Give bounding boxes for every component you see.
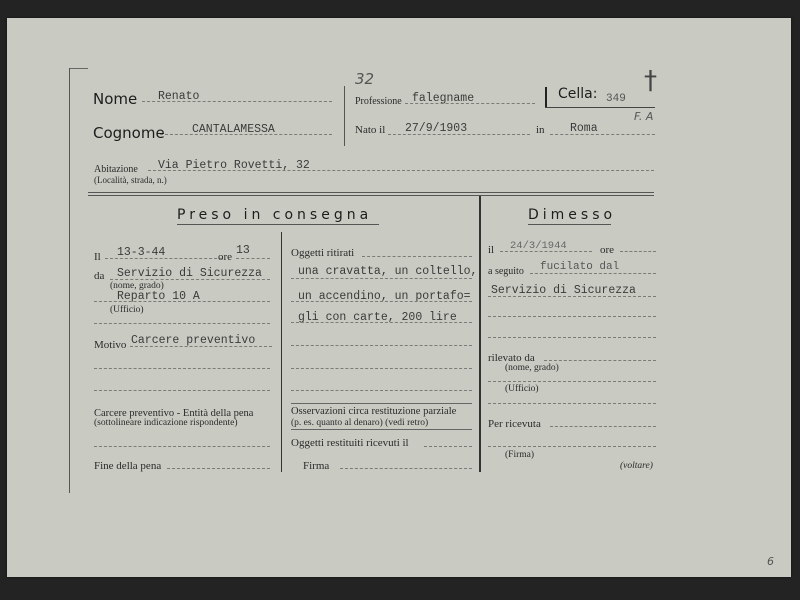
preso-il-label: Il xyxy=(94,251,101,263)
ufficio-line xyxy=(488,403,656,404)
abitazione-label: Abitazione xyxy=(94,164,138,175)
abitazione-sub: (Località, strada, n.) xyxy=(94,175,167,185)
dimesso-ore-line xyxy=(620,251,656,252)
oggetti-firma-line xyxy=(340,468,472,469)
double-rule-bottom xyxy=(88,195,654,196)
oggetti-blank-line-1 xyxy=(291,345,472,346)
nato-label: Nato il xyxy=(355,124,385,136)
dimesso-il-line xyxy=(500,251,592,252)
rilevato-line xyxy=(544,360,656,361)
dimesso-nome-grado-label: (nome, grado) xyxy=(505,363,559,373)
fine-pena-line xyxy=(167,468,270,469)
top-tick xyxy=(70,68,88,69)
page-number: 6 xyxy=(767,555,774,568)
right-divider xyxy=(479,196,481,472)
left-border xyxy=(69,68,70,493)
nome-label: Nome xyxy=(93,90,137,108)
in-label: in xyxy=(536,124,545,136)
motivo-label: Motivo xyxy=(94,339,126,351)
dimesso-firma-label: (Firma) xyxy=(505,450,534,460)
seguito-line-2 xyxy=(488,296,656,297)
rilevato-line-2 xyxy=(488,381,656,382)
motivo-line xyxy=(130,346,272,347)
carcere-line xyxy=(94,446,270,447)
cella-label: Cella: xyxy=(558,86,597,102)
dimesso-blank-line-2 xyxy=(488,337,656,338)
osservazioni-sub: (p. es. quanto al denaro) (vedi retro) xyxy=(291,418,428,428)
osservazioni-bottom-rule xyxy=(291,429,472,430)
oggetti-firma-label: Firma xyxy=(303,460,329,472)
professione-line xyxy=(405,103,535,104)
oggetti-blank-line-2 xyxy=(291,368,472,369)
oggetti-line-1: una cravatta, un coltello, xyxy=(298,265,477,278)
dimesso-blank-line-1 xyxy=(488,316,656,317)
cella-underline xyxy=(545,107,655,108)
nato-line xyxy=(388,134,530,135)
dimesso-ufficio-label: (Ufficio) xyxy=(505,384,539,394)
motivo-blank-line-1 xyxy=(94,368,270,369)
voltare-label: (voltare) xyxy=(620,461,653,471)
cella-value: 349 xyxy=(606,93,626,105)
da-label: da xyxy=(94,270,104,282)
cognome-label: Cognome xyxy=(93,124,165,142)
header-divider xyxy=(344,86,345,146)
nome-line xyxy=(142,101,332,102)
dimesso-title-underline xyxy=(528,224,611,225)
preso-ufficio-label: (Ufficio) xyxy=(110,305,144,315)
abitazione-line xyxy=(148,170,654,171)
reparto-line xyxy=(94,301,270,302)
preso-ore-label: ore xyxy=(218,251,232,263)
preso-ore-line xyxy=(236,258,270,259)
preso-title-underline xyxy=(177,224,379,225)
da-line xyxy=(110,279,270,280)
seguito-line xyxy=(530,273,656,274)
cella-bracket xyxy=(545,87,547,107)
number-annotation: 32 xyxy=(355,70,374,88)
cognome-line xyxy=(160,134,332,135)
carcere-sub: (sottolineare indicazione rispondente) xyxy=(94,418,238,428)
luogo-line xyxy=(550,134,655,135)
ricevuta-label: Per ricevuta xyxy=(488,418,541,430)
oggetti-blank-line-3 xyxy=(291,390,472,391)
restituiti-line xyxy=(424,446,472,447)
cross-mark: † xyxy=(644,66,657,96)
professione-label: Professione xyxy=(355,96,402,107)
double-rule-top xyxy=(88,192,654,193)
dimesso-ore-label: ore xyxy=(600,244,614,256)
dimesso-title: Dimesso xyxy=(528,207,616,223)
osservazioni-label: Osservazioni circa restituzione parziale xyxy=(291,406,456,417)
oggetti-ritirati-label: Oggetti ritirati xyxy=(291,247,354,259)
preso-title: Preso in consegna xyxy=(177,207,372,223)
dimesso-il-label: il xyxy=(488,244,494,256)
ricevuta-line-2 xyxy=(488,446,656,447)
middle-divider xyxy=(281,232,282,472)
fine-pena-label: Fine della pena xyxy=(94,460,161,472)
fa-annotation: F. A xyxy=(634,110,653,123)
oggetti-underline-1 xyxy=(291,278,472,279)
ricevuta-line xyxy=(550,426,656,427)
preso-il-line xyxy=(105,258,222,259)
osservazioni-top-rule xyxy=(291,403,472,404)
oggetti-underline-3 xyxy=(291,322,472,323)
preso-ore-value: 13 xyxy=(236,244,250,257)
preso-blank-line-1 xyxy=(94,323,270,324)
seguito-label: a seguito xyxy=(488,266,524,277)
restituiti-label: Oggetti restituiti ricevuti il xyxy=(291,437,409,449)
motivo-blank-line-2 xyxy=(94,390,270,391)
oggetti-underline-2 xyxy=(291,301,472,302)
seguito-value-1: fucilato dal xyxy=(540,261,619,273)
oggetti-ritirati-line xyxy=(362,256,472,257)
